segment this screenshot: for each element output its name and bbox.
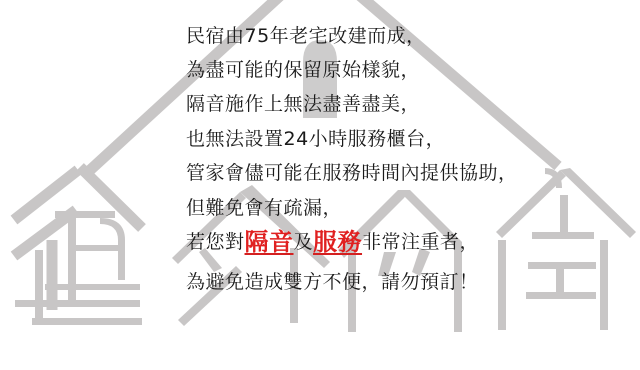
- emphasis-prefix: 若您對: [186, 231, 245, 253]
- notice-final-line: 為避免造成雙方不便，請勿預訂！: [186, 270, 479, 294]
- notice-line-6: 但難免會有疏漏，: [186, 196, 342, 220]
- highlight-soundproofing: 隔音: [245, 228, 294, 256]
- highlight-service: 服務: [313, 228, 362, 256]
- notice-line-1: 民宿由75年老宅改建而成，: [186, 24, 426, 48]
- emphasis-middle: 及: [294, 231, 314, 253]
- notice-line-4: 也無法設置24小時服務櫃台，: [186, 127, 445, 151]
- house-logo-watermark-icon: [0, 0, 640, 370]
- notice-line-3: 隔音施作上無法盡善盡美，: [186, 92, 420, 116]
- notice-line-5: 管家會儘可能在服務時間內提供協助，: [186, 161, 518, 185]
- notice-emphasis-line: 若您對隔音及服務非常注重者，: [186, 230, 479, 254]
- notice-line-2: 為盡可能的保留原始樣貌，: [186, 58, 420, 82]
- emphasis-suffix: 非常注重者，: [362, 231, 479, 253]
